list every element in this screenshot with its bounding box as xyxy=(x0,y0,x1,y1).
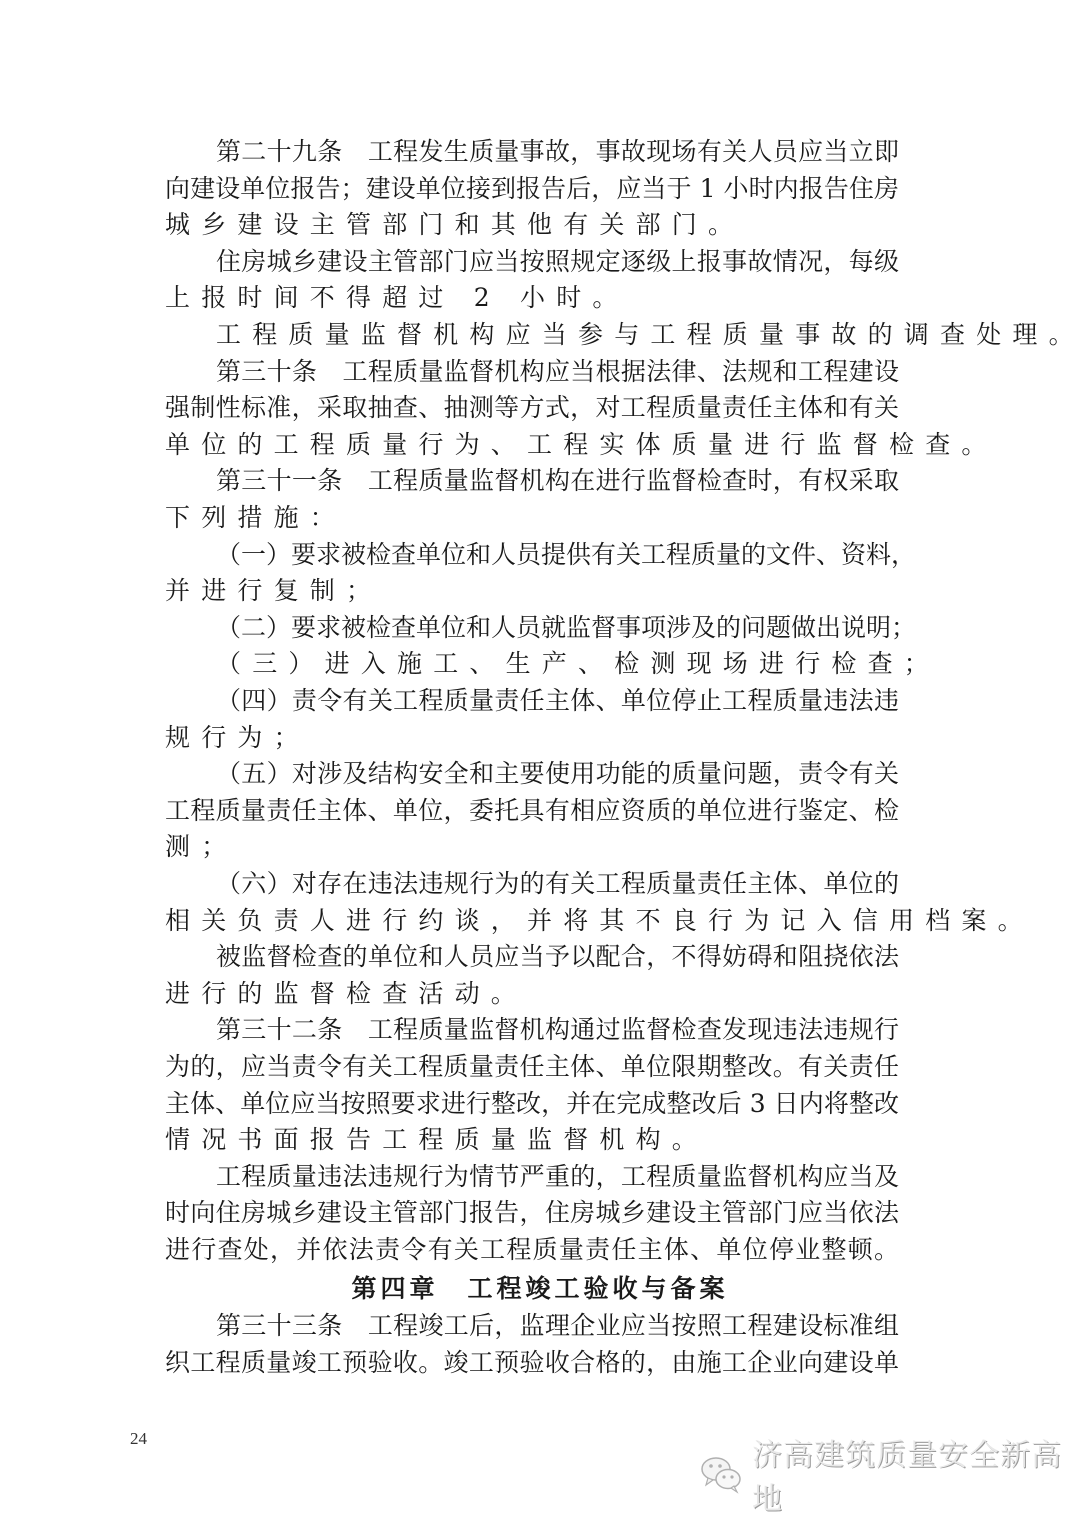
text-line: （四）责令有关工程质量责任主体、单位停止工程质量违法违 xyxy=(216,683,899,719)
document-page: 第二十九条 工程发生质量事故，事故现场有关人员应当立即向建设单位报告；建设单位接… xyxy=(0,0,1080,1527)
text-line: 城乡建设主管部门和其他有关部门。 xyxy=(165,207,899,243)
text-line: 第三十条 工程质量监督机构应当根据法律、法规和工程建设 xyxy=(216,354,899,390)
text-line: 工程质量违法违规行为情节严重的，工程质量监督机构应当及 xyxy=(216,1159,899,1195)
text-line: 工程质量责任主体、单位，委托具有相应资质的单位进行鉴定、检 xyxy=(165,793,899,829)
text-line: 强制性标准，采取抽查、抽测等方式，对工程质量责任主体和有关 xyxy=(165,390,899,426)
text-line: （二）要求被检查单位和人员就监督事项涉及的问题做出说明； xyxy=(216,610,899,646)
text-line: 第三十三条 工程竣工后，监理企业应当按照工程建设标准组 xyxy=(216,1308,899,1344)
text-line: （五）对涉及结构安全和主要使用功能的质量问题，责令有关 xyxy=(216,756,899,792)
text-line: 进行查处，并依法责令有关工程质量责任主体、单位停业整顿。 xyxy=(165,1232,899,1268)
text-line: 主体、单位应当按照要求进行整改，并在完成整改后 3 日内将整改 xyxy=(165,1086,899,1122)
text-line: （三）进入施工、生产、检测现场进行检查； xyxy=(216,646,899,682)
text-line: 住房城乡建设主管部门应当按照规定逐级上报事故情况，每级 xyxy=(216,244,899,280)
text-line: 下列措施： xyxy=(165,500,899,536)
page-number: 24 xyxy=(130,1429,147,1449)
text-line: 向建设单位报告；建设单位接到报告后，应当于 1 小时内报告住房 xyxy=(165,171,899,207)
text-line: 上报时间不得超过 2 小时。 xyxy=(165,280,899,316)
text-line: 第三十一条 工程质量监督机构在进行监督检查时，有权采取 xyxy=(216,463,899,499)
text-line: 第二十九条 工程发生质量事故，事故现场有关人员应当立即 xyxy=(216,134,899,170)
watermark-text: 济高建筑质量安全新高地 xyxy=(752,1430,1080,1518)
text-line: 测； xyxy=(165,829,899,865)
text-line: 工程质量监督机构应当参与工程质量事故的调查处理。 xyxy=(216,317,899,353)
text-line: 并进行复制； xyxy=(165,573,899,609)
chapter-heading: 第四章 工程竣工验收与备案 xyxy=(0,1271,1080,1307)
text-line: 规行为； xyxy=(165,720,899,756)
text-line: 为的，应当责令有关工程质量责任主体、单位限期整改。有关责任 xyxy=(165,1049,899,1085)
text-line: （一）要求被检查单位和人员提供有关工程质量的文件、资料， xyxy=(216,537,899,573)
text-line: 情况书面报告工程质量监督机构。 xyxy=(165,1122,899,1158)
text-line: 单位的工程质量行为、工程实体质量进行监督检查。 xyxy=(165,427,899,463)
text-line: 织工程质量竣工预验收。竣工预验收合格的，由施工企业向建设单 xyxy=(165,1345,899,1381)
text-line: 相关负责人进行约谈，并将其不良行为记入信用档案。 xyxy=(165,903,899,939)
text-line: 被监督检查的单位和人员应当予以配合，不得妨碍和阻挠依法 xyxy=(216,939,899,975)
wechat-icon xyxy=(700,1454,744,1494)
text-line: 第三十二条 工程质量监督机构通过监督检查发现违法违规行 xyxy=(216,1012,899,1048)
text-line: 时向住房城乡建设主管部门报告，住房城乡建设主管部门应当依法 xyxy=(165,1195,899,1231)
text-line: 进行的监督检查活动。 xyxy=(165,976,899,1012)
watermark: 济高建筑质量安全新高地 xyxy=(700,1452,1080,1496)
text-line: （六）对存在违法违规行为的有关工程质量责任主体、单位的 xyxy=(216,866,899,902)
